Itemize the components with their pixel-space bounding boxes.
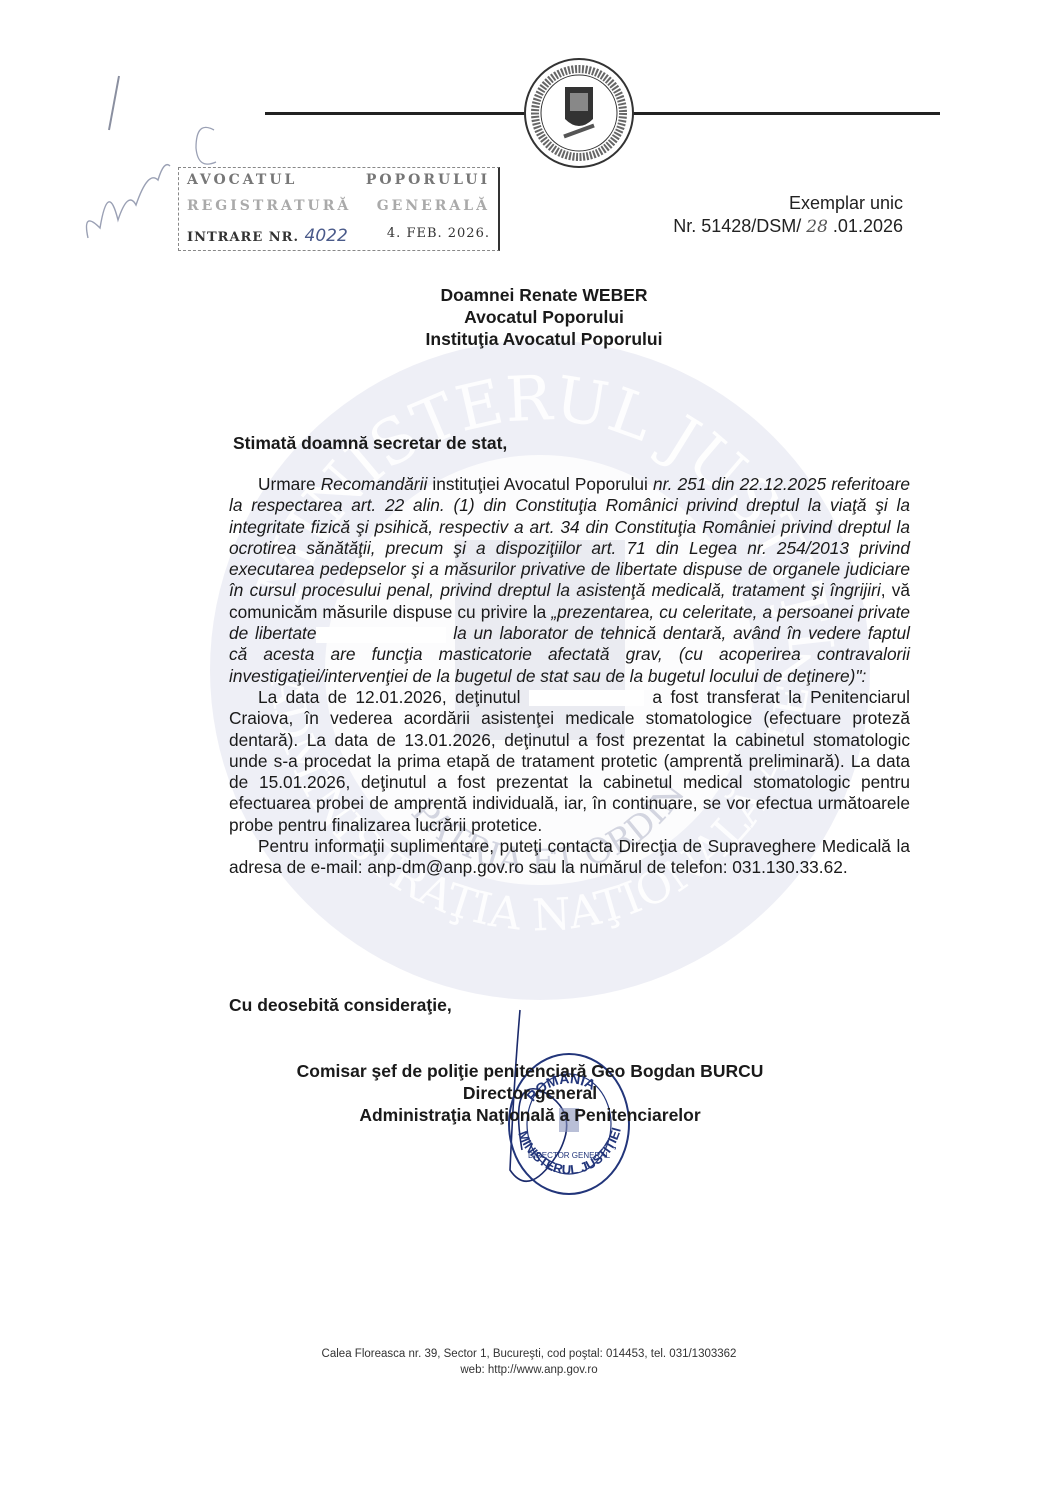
- doc-number-day: 28: [806, 217, 828, 237]
- p2-text: a fost transferat la Penitenciarul Craio…: [229, 687, 910, 835]
- signatory-institution: Administraţia Naţională a Penitenciarelo…: [210, 1104, 850, 1126]
- stamp-entry-label: INTRARE NR.: [187, 230, 299, 245]
- salutation: Stimată doamnă secretar de stat,: [233, 433, 507, 454]
- p2-text: La data de 12.01.2026, deţinutul: [258, 687, 521, 707]
- p1-italic: Recomandării: [321, 474, 428, 494]
- stamp-line1-right: POPORULUI: [366, 172, 490, 188]
- recipient-block: Doamnei Renate WEBER Avocatul Poporului …: [0, 284, 1058, 350]
- signatory-title: Director general: [210, 1082, 850, 1104]
- recipient-institution: Instituţia Avocatul Poporului: [30, 328, 1058, 350]
- recipient-title: Avocatul Poporului: [30, 306, 1058, 328]
- stamp-entry-number: 4022: [305, 226, 348, 246]
- stamp-line1-left: AVOCATUL: [187, 172, 297, 188]
- letter-body: Urmare Recomandării instituţiei Avocatul…: [229, 474, 910, 879]
- document-number: Nr. 51428/DSM/ 28 .01.2026: [673, 216, 903, 237]
- stamp-line2-right: GENERALĂ: [377, 198, 490, 214]
- paragraph-1: Urmare Recomandării instituţiei Avocatul…: [229, 474, 910, 687]
- paragraph-2: La data de 12.01.2026, deţinutul a fost …: [229, 687, 910, 836]
- header-rule-right: [632, 112, 940, 115]
- p1-text: Urmare: [258, 474, 321, 494]
- paragraph-3: Pentru informaţii suplimentare, puteţi c…: [229, 836, 910, 879]
- header-rule-left: [265, 112, 525, 115]
- registration-stamp: AVOCATUL POPORULUI REGISTRATURĂ GENERALĂ…: [178, 167, 500, 251]
- p1-text: instituţiei Avocatul Poporului: [427, 474, 653, 494]
- stamp-line2-left: REGISTRATURĂ: [187, 198, 351, 214]
- ministry-crest-icon: [523, 57, 635, 169]
- stamp-entry-date: 4. FEB. 2026.: [387, 226, 490, 241]
- exemplar-label: Exemplar unic: [789, 193, 903, 214]
- redacted-name: [529, 690, 644, 706]
- signatory-block: Comisar şef de poliţie penitenciară Geo …: [250, 1060, 850, 1126]
- recipient-name: Doamnei Renate WEBER: [30, 284, 1058, 306]
- closing: Cu deosebită consideraţie,: [229, 995, 452, 1016]
- footer: Calea Floreasca nr. 39, Sector 1, Bucure…: [0, 1346, 1058, 1378]
- doc-number-prefix: Nr. 51428/DSM/: [673, 216, 801, 236]
- redacted-name: [316, 627, 446, 643]
- svg-text:DIRECTOR GENERAL: DIRECTOR GENERAL: [528, 1151, 611, 1160]
- doc-number-suffix: .01.2026: [828, 216, 903, 236]
- footer-web: web: http://www.anp.gov.ro: [0, 1362, 1058, 1378]
- signatory-name: Comisar şef de poliţie penitenciară Geo …: [210, 1060, 850, 1082]
- footer-address: Calea Floreasca nr. 39, Sector 1, Bucure…: [0, 1346, 1058, 1362]
